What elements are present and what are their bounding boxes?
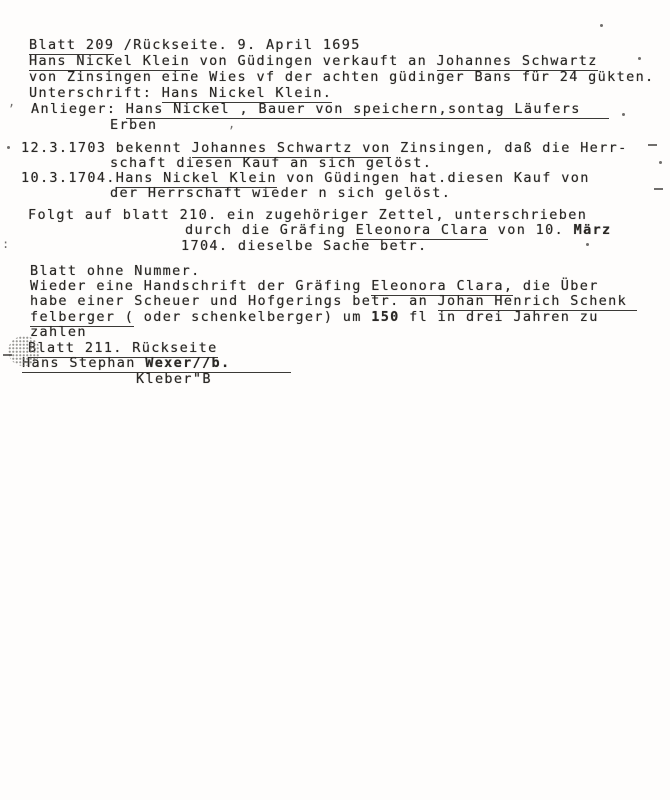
typewritten-line: Erben: [110, 118, 157, 133]
underlined-text: Johan Henrich Schenk: [438, 293, 638, 311]
typewritten-line: Blatt 209 /Rückseite. 9. April 1695: [29, 38, 361, 53]
text-segment: Anlieger:: [31, 101, 126, 117]
text-segment: Zinsingen, daß die Herr-: [391, 140, 628, 156]
ink-speck: :: [2, 239, 9, 249]
typewritten-line: Hans Stephan Wexer//b.: [22, 356, 291, 371]
ink-speck: [638, 57, 641, 60]
text-segment: März: [574, 222, 612, 238]
typewritten-line: Unterschrift: Hans Nickel Klein.: [29, 86, 332, 101]
underlined-text: Wexer//b.: [145, 355, 290, 373]
typewritten-line: 1704. dieselbe Sache betr.: [181, 239, 427, 254]
ink-speck: ,: [228, 119, 235, 129]
typewritten-line: Blatt ohne Nummer.: [30, 264, 201, 279]
text-segment: oder schenkelberger) um: [134, 309, 371, 325]
underlined-text: Johannes Schwartz: [437, 53, 598, 71]
text-segment: fl in drei Jahren zu: [400, 309, 599, 325]
typewritten-line: Wieder eine Handschrift der Gräfing Eleo…: [30, 279, 599, 294]
ink-speck: [600, 24, 603, 27]
typewritten-line: der Herrschaft wieder n sich gelöst.: [110, 186, 451, 201]
text-segment: Folgt auf blatt 210. ein zugehöriger Zet…: [28, 207, 587, 223]
underlined-text: Hans Nickel , Bauer von speichern,sontag…: [126, 101, 609, 119]
typewritten-line: Blatt 211. Rückseite: [28, 341, 218, 356]
text-segment: Wieder eine Handschrift der Gräfing: [30, 278, 371, 294]
text-segment: 1704. dieselbe Sache betr.: [181, 238, 427, 254]
typewritten-line: Kleber"B: [136, 372, 212, 387]
typewritten-line: 12.3.1703 bekennt Johannes Schwartz von …: [21, 141, 628, 156]
typewritten-line: felberger ( oder schenkelberger) um 150 …: [30, 310, 599, 325]
text-segment: von Zinsingen eine Wies vf der achten gü…: [29, 69, 655, 85]
text-segment: der Herrschaft wieder n sich gelöst.: [110, 185, 451, 201]
ink-speck: [3, 354, 12, 356]
text-segment: von Güdingen verkauft an: [190, 53, 436, 69]
ink-speck: [622, 113, 625, 116]
underlined-text: Hans Stephan: [22, 355, 145, 373]
underlined-text: Hans Nickel Klein.: [162, 85, 333, 103]
text-segment: schaft diesen Kauf an sich gelöst.: [110, 155, 432, 171]
text-segment: /Rückseite. 9. April 1695: [114, 37, 360, 53]
typewritten-line: habe einer Scheuer und Hofgerings betr. …: [30, 294, 637, 309]
text-segment: habe einer Scheuer und Hofgerings betr. …: [30, 293, 438, 309]
text-segment: zahlen: [30, 324, 87, 340]
typewritten-line: durch die Gräfing Eleonora Clara von 10.…: [185, 223, 612, 238]
ink-speck: [648, 144, 657, 146]
text-segment: von 10.: [488, 222, 573, 238]
typewritten-line: schaft diesen Kauf an sich gelöst.: [110, 156, 432, 171]
underlined-text: Hans Nickel Klein: [29, 53, 190, 71]
underlined-text: Eleonora Clara: [356, 222, 489, 240]
text-segment: 150: [371, 309, 399, 325]
ink-speck: [659, 161, 662, 164]
typewritten-line: 10.3.1704.Hans Nickel Klein von Güdingen…: [21, 171, 590, 186]
typewritten-line: Folgt auf blatt 210. ein zugehöriger Zet…: [28, 208, 587, 223]
text-segment: die Über: [513, 278, 598, 294]
typewritten-line: Anlieger: Hans Nickel , Bauer von speich…: [31, 102, 609, 117]
typewritten-line: von Zinsingen eine Wies vf der achten gü…: [29, 70, 655, 85]
text-segment: Blatt ohne Nummer.: [30, 263, 201, 279]
text-segment: 12.3.1703 bekennt: [21, 140, 192, 156]
text-segment: durch die Gräfing: [185, 222, 356, 238]
text-segment: Erben: [110, 117, 157, 133]
ink-speck: [7, 146, 10, 149]
stamp-smudge: [8, 336, 40, 366]
scanned-document-page: Blatt 209 /Rückseite. 9. April 1695Hans …: [0, 0, 670, 800]
text-segment: 10.3.1704.: [21, 170, 116, 186]
text-segment: Unterschrift:: [29, 85, 162, 101]
ink-speck: ,: [8, 97, 15, 107]
typewritten-line: zahlen: [30, 325, 87, 340]
ink-speck: [586, 243, 589, 246]
typewritten-line: Hans Nickel Klein von Güdingen verkauft …: [29, 54, 598, 69]
text-segment: Kleber"B: [136, 371, 212, 387]
underlined-text: Blatt 209: [29, 37, 114, 55]
text-segment: von Güdingen hat.diesen Kauf von: [277, 170, 590, 186]
ink-speck: [654, 188, 663, 190]
